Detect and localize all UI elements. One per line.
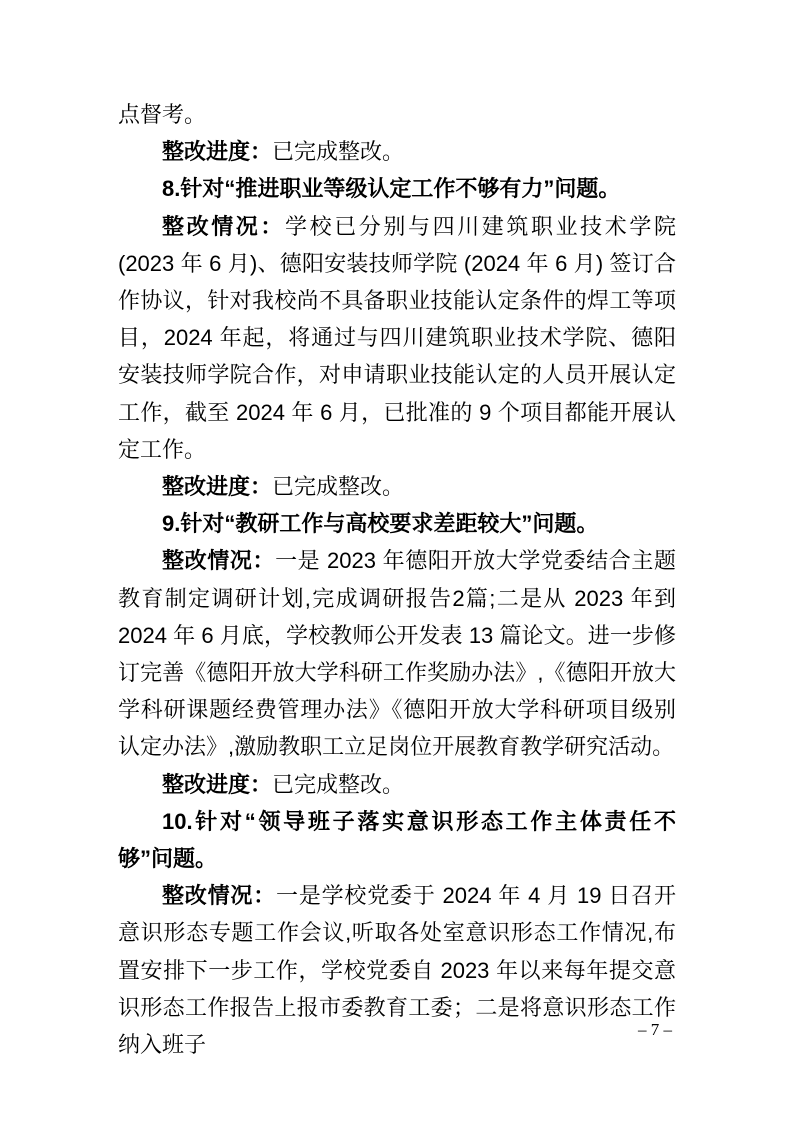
paragraph-text: 学校已分别与四川建筑职业技术学院 (2023 年 6 月)、德阳安装技师学院 (… [118, 214, 676, 462]
section-heading-8: 8.针对“推进职业等级认定工作不够有力”问题。 [118, 170, 676, 207]
paragraph-progress: 整改进度：已完成整改。 [118, 766, 676, 803]
heading-text: 9.针对“教研工作与高校要求差距较大”问题。 [162, 511, 598, 536]
paragraph-text: 点督考。 [118, 102, 206, 127]
paragraph-situation: 整改情况：学校已分别与四川建筑职业技术学院 (2023 年 6 月)、德阳安装技… [118, 208, 676, 468]
heading-text: 10.针对“领导班子落实意识形态工作主体责任不够”问题。 [118, 809, 676, 871]
paragraph-text: 一是学校党委于 2024 年 4 月 19 日召开意识形态专题工作会议,听取各处… [118, 883, 676, 1057]
paragraph-label: 整改进度： [162, 474, 272, 499]
section-heading-9: 9.针对“教研工作与高校要求差距较大”问题。 [118, 505, 676, 542]
paragraph-text: 已完成整改。 [272, 772, 404, 797]
paragraph-text: 一是 2023 年德阳开放大学党委结合主题教育制定调研计划,完成调研报告2篇;二… [118, 548, 676, 759]
paragraph-label: 整改情况： [162, 548, 275, 573]
paragraph-continuation: 点督考。 [118, 96, 676, 133]
document-page: 点督考。 整改进度：已完成整改。 8.针对“推进职业等级认定工作不够有力”问题。… [0, 0, 793, 1122]
paragraph-situation: 整改情况：一是 2023 年德阳开放大学党委结合主题教育制定调研计划,完成调研报… [118, 542, 676, 765]
paragraph-text: 已完成整改。 [272, 474, 404, 499]
paragraph-progress: 整改进度：已完成整改。 [118, 133, 676, 170]
paragraph-label: 整改情况： [162, 883, 276, 908]
paragraph-situation: 整改情况：一是学校党委于 2024 年 4 月 19 日召开意识形态专题工作会议… [118, 877, 676, 1063]
page-number: – 7 – [638, 1020, 672, 1040]
paragraph-label: 整改进度： [162, 139, 272, 164]
document-text-block: 点督考。 整改进度：已完成整改。 8.针对“推进职业等级认定工作不够有力”问题。… [118, 96, 676, 1063]
paragraph-label: 整改情况： [162, 214, 285, 239]
section-heading-10: 10.针对“领导班子落实意识形态工作主体责任不够”问题。 [118, 803, 676, 877]
heading-text: 8.针对“推进职业等级认定工作不够有力”问题。 [162, 176, 620, 201]
paragraph-progress: 整改进度：已完成整改。 [118, 468, 676, 505]
paragraph-label: 整改进度： [162, 772, 272, 797]
paragraph-text: 已完成整改。 [272, 139, 404, 164]
